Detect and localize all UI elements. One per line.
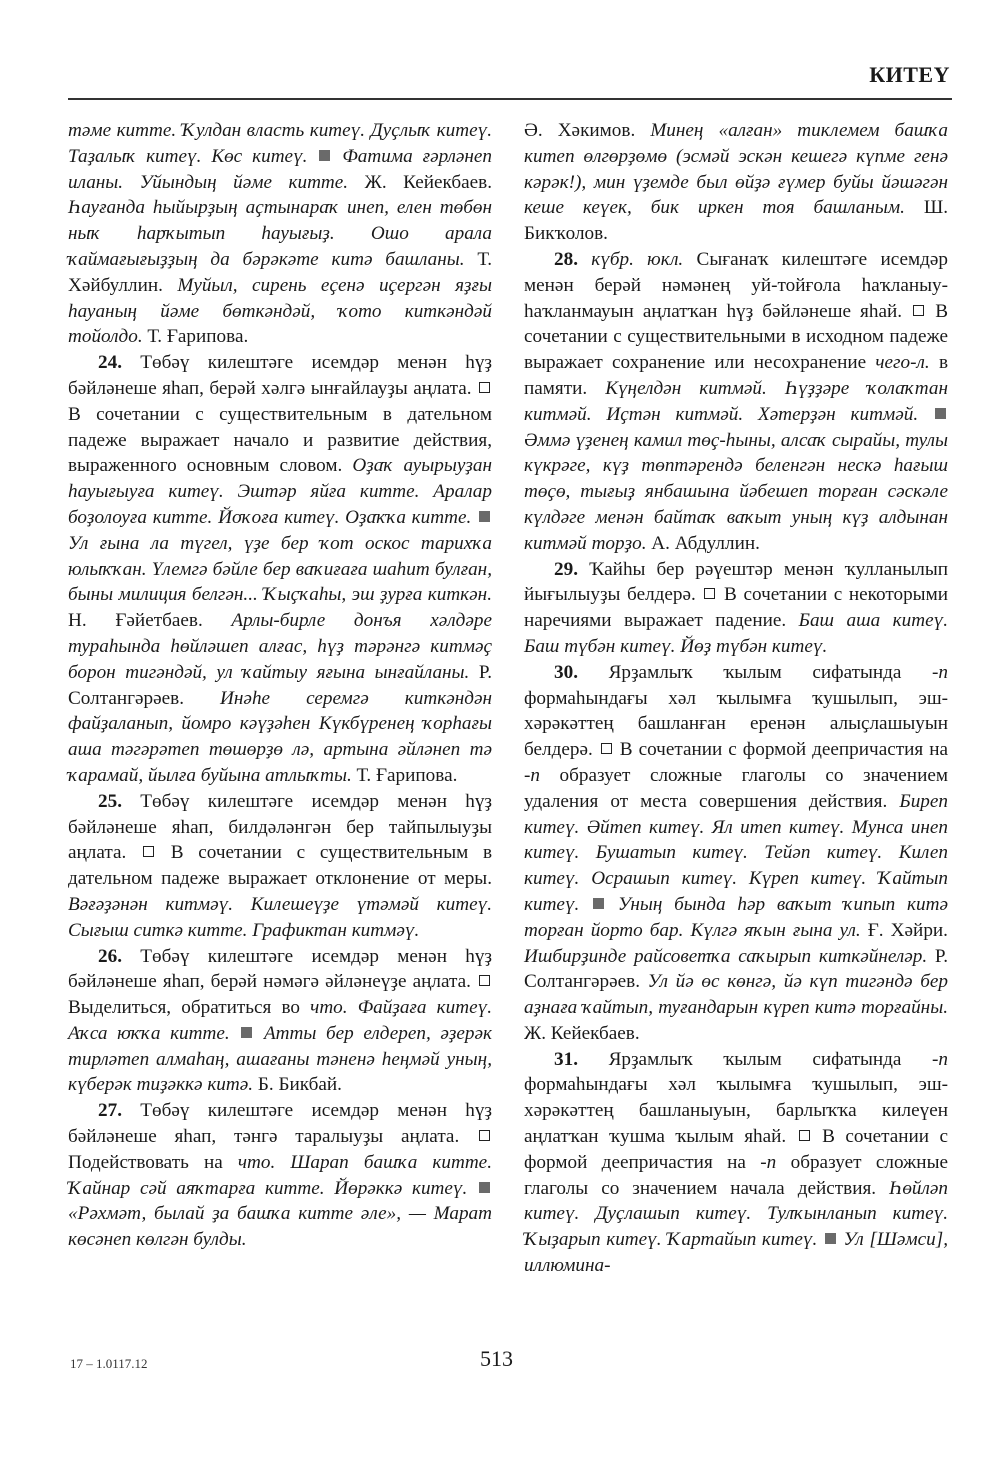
example-marker-icon: [479, 511, 490, 522]
definition-text: А. Абдуллин.: [651, 533, 760, 554]
definition-text: Выделиться, обратиться во: [68, 997, 310, 1018]
definition-text: Ж. Кейекбаев.: [524, 1023, 640, 1044]
page-number: 513: [480, 1346, 513, 1372]
right-column: Ә. Хәкимов. Минең «алған» тиклемем башҡа…: [524, 118, 948, 1279]
example-text: Ул ғына ла түгел, үҙе бер ҡот оскос тари…: [68, 533, 492, 606]
definition-text: Подействовать на: [68, 1152, 238, 1173]
definition-text: Т. Ғарипова.: [147, 326, 248, 347]
sense-entry: 29. Ҡайһы бер рәүештәр менән ҡулланылып …: [524, 557, 948, 660]
translation-marker-icon: [479, 975, 490, 986]
sense-number: 28.: [554, 249, 591, 270]
definition-text: Ярҙамлыҡ ҡылым сифатында: [609, 1049, 932, 1070]
definition-text: Ярҙамлыҡ ҡылым сифатында: [609, 662, 932, 683]
sense-entry: 30. Ярҙамлыҡ ҡылым сифатында -п формаһын…: [524, 660, 948, 1047]
sense-number: 24.: [98, 352, 140, 373]
sense-number: 30.: [554, 662, 609, 683]
sense-entry: 31. Ярҙамлыҡ ҡылым сифатында -п формаһын…: [524, 1047, 948, 1279]
sense-entry: 27. Төбәү килештәге исемдәр менән һүҙ бә…: [68, 1098, 492, 1253]
example-text: Һауғанда һыйырҙың аҫтынараҡ инеп, елен т…: [68, 197, 492, 270]
example-marker-icon: [825, 1233, 836, 1244]
translation-marker-icon: [913, 305, 924, 316]
translation-marker-icon: [479, 382, 490, 393]
translation-marker-icon: [799, 1130, 810, 1141]
sense-number: 26.: [98, 946, 140, 967]
definition-text: Н. Ғәйетбаев.: [68, 610, 231, 631]
example-text: -п: [932, 662, 948, 683]
definition-text: Ә. Хәкимов.: [524, 120, 650, 141]
definition-text: Т. Ғарипова.: [357, 765, 458, 786]
translation-marker-icon: [143, 846, 154, 857]
sense-entry: 25. Төбәү килештәге исемдәр менән һүҙ бә…: [68, 789, 492, 944]
definition-text: В сочетании с формой деепричастия на: [614, 739, 948, 760]
example-text: «Рәхмәт, былай ҙа башҡа китте әле», — Ма…: [68, 1203, 492, 1250]
translation-marker-icon: [479, 1130, 490, 1141]
definition-text: Ж. Кейекбаев.: [365, 172, 492, 193]
header-title: КИТЕҮ: [869, 62, 950, 88]
sense-number: 27.: [98, 1100, 140, 1121]
sense-number: 29.: [554, 559, 589, 580]
example-text: -п: [932, 1049, 948, 1070]
definition-text: Ғ. Хәйри.: [868, 920, 948, 941]
example-text: -п: [760, 1152, 790, 1173]
continued-paragraph: Ә. Хәкимов. Минең «алған» тиклемем башҡа…: [524, 118, 948, 247]
print-signature: 17 – 1.0117.12: [70, 1356, 148, 1372]
translation-marker-icon: [601, 743, 612, 754]
example-text: күбр. юкл.: [591, 249, 696, 270]
example-text: -п: [524, 765, 560, 786]
sense-entry: 28. күбр. юкл. Сығанаҡ килештәге исемдәр…: [524, 247, 948, 557]
example-marker-icon: [241, 1027, 252, 1038]
example-text: чего-л.: [875, 352, 939, 373]
sense-number: 25.: [98, 791, 140, 812]
example-marker-icon: [593, 898, 604, 909]
example-text: Вәғәҙәнән китмәү. Килешеүҙе үтәмәй китеү…: [68, 894, 492, 941]
sense-entry: 26. Төбәү килештәге исемдәр менән һүҙ бә…: [68, 944, 492, 1099]
continued-paragraph: тәме китте. Ҡулдан власть китеү. Дуҫлыҡ …: [68, 118, 492, 350]
left-column: тәме китте. Ҡулдан власть китеү. Дуҫлыҡ …: [68, 118, 492, 1253]
running-header: КИТЕҮ: [68, 58, 952, 100]
definition-text: образует сложные глаголы со значением уд…: [524, 765, 948, 812]
sense-number: 31.: [554, 1049, 609, 1070]
translation-marker-icon: [704, 588, 715, 599]
example-text: Ишбирҙинде райсоветҡа саҡырып киткәйнелә…: [524, 946, 935, 967]
definition-text: Б. Бикбай.: [258, 1074, 342, 1095]
example-marker-icon: [479, 1182, 490, 1193]
sense-entry: 24. Төбәү килештәге исемдәр менән һүҙ бә…: [68, 350, 492, 789]
example-marker-icon: [319, 150, 330, 161]
example-marker-icon: [935, 408, 946, 419]
